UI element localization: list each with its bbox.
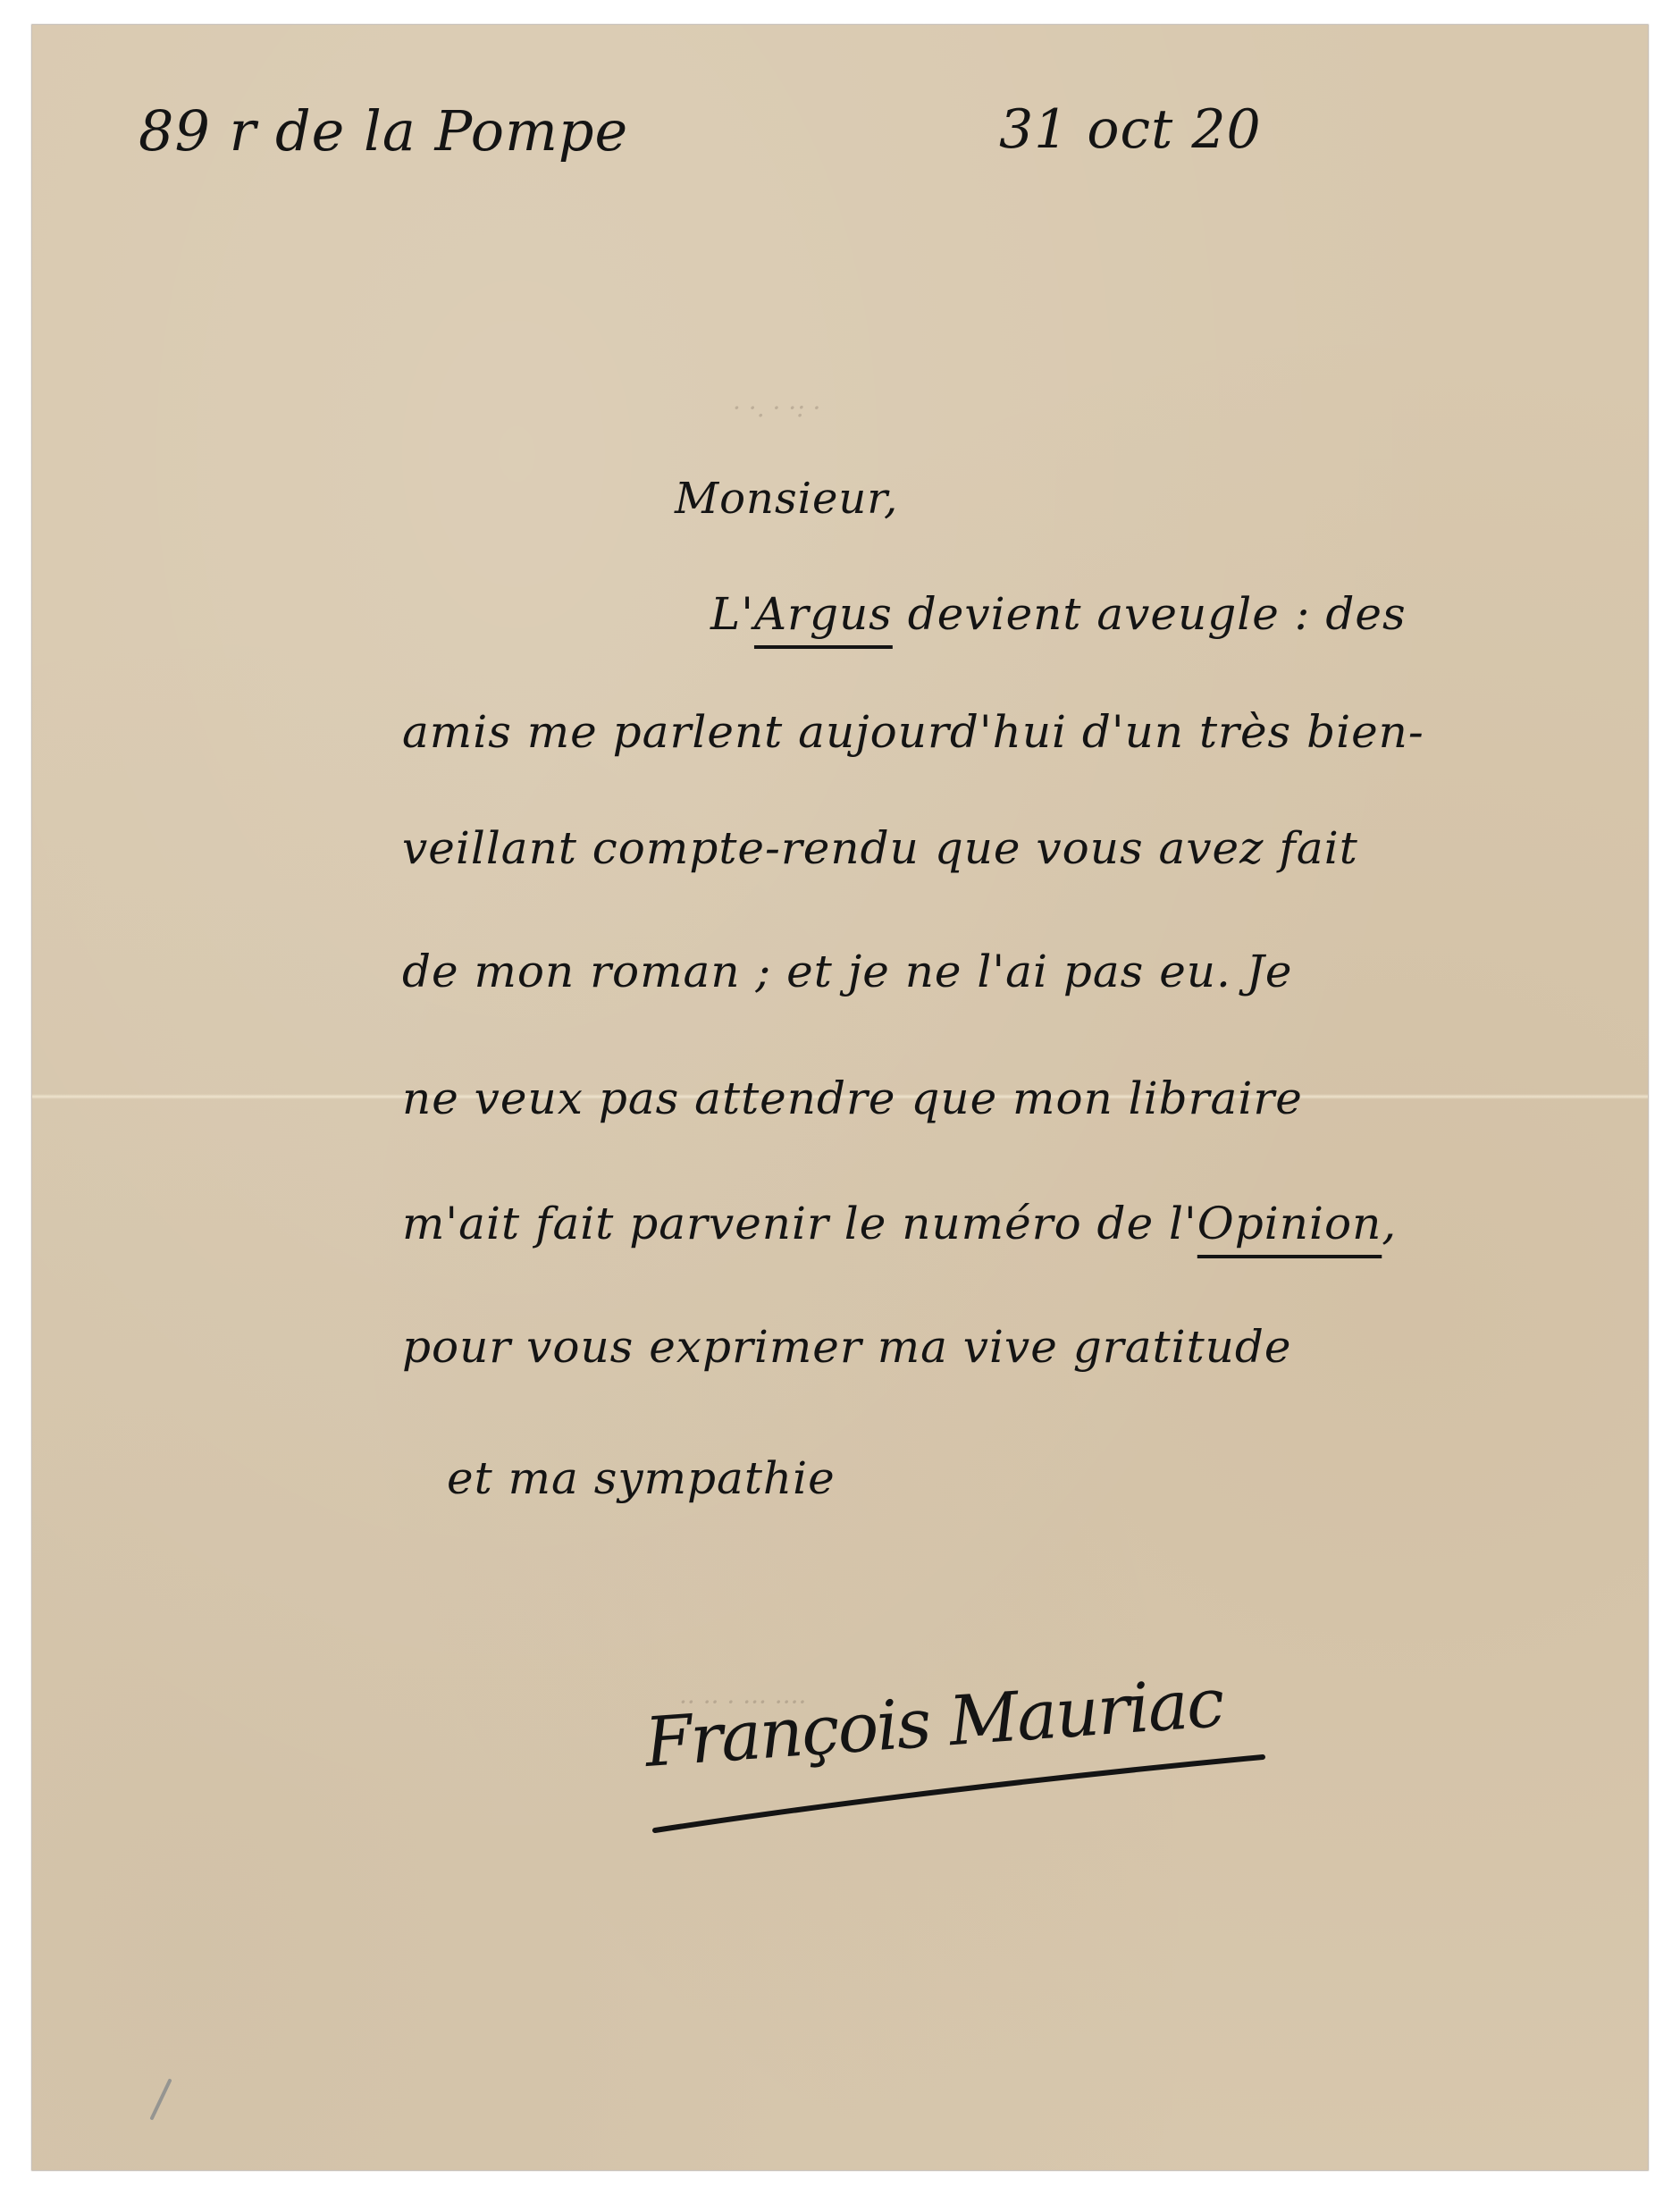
underlined-title-opinion: Opinion: [1197, 1198, 1382, 1249]
perforated-edge-bottom: [32, 2167, 1648, 2176]
salutation: Monsieur,: [675, 474, 898, 524]
body-line-7: pour vous exprimer ma vive gratitude: [402, 1321, 1291, 1373]
body-line-2: amis me parlent aujourd'hui d'un très bi…: [402, 706, 1424, 758]
body-line-6-suffix: ,: [1382, 1198, 1397, 1249]
sender-address: 89 r de la Pompe: [139, 98, 628, 164]
body-line-4: de mon roman ; et je ne l'ai pas eu. Je: [402, 946, 1292, 997]
body-line-1-rest: devient aveugle : des: [893, 588, 1407, 640]
body-line-3: veillant compte-rendu que vous avez fait: [402, 822, 1358, 874]
show-through-mark: · ·. · ·: ·: [733, 393, 820, 423]
letter-date: 31 oct 20: [999, 98, 1262, 161]
underlined-title-argus: Argus: [754, 588, 893, 640]
body-line-5: ne veux pas attendre que mon libraire: [402, 1072, 1303, 1124]
body-line-1-prefix: L': [710, 588, 754, 640]
body-line-6-prefix: m'ait fait parvenir le numéro de l': [402, 1198, 1197, 1249]
body-line-6: m'ait fait parvenir le numéro de l'Opini…: [402, 1198, 1397, 1249]
signature-underline: [651, 1741, 1267, 1839]
perforated-edge-top: [32, 19, 1648, 28]
body-line-8: et ma sympathie: [447, 1452, 836, 1504]
body-line-1: L'Argus devient aveugle : des: [710, 588, 1407, 640]
pencil-stroke-mark: [147, 2078, 174, 2123]
